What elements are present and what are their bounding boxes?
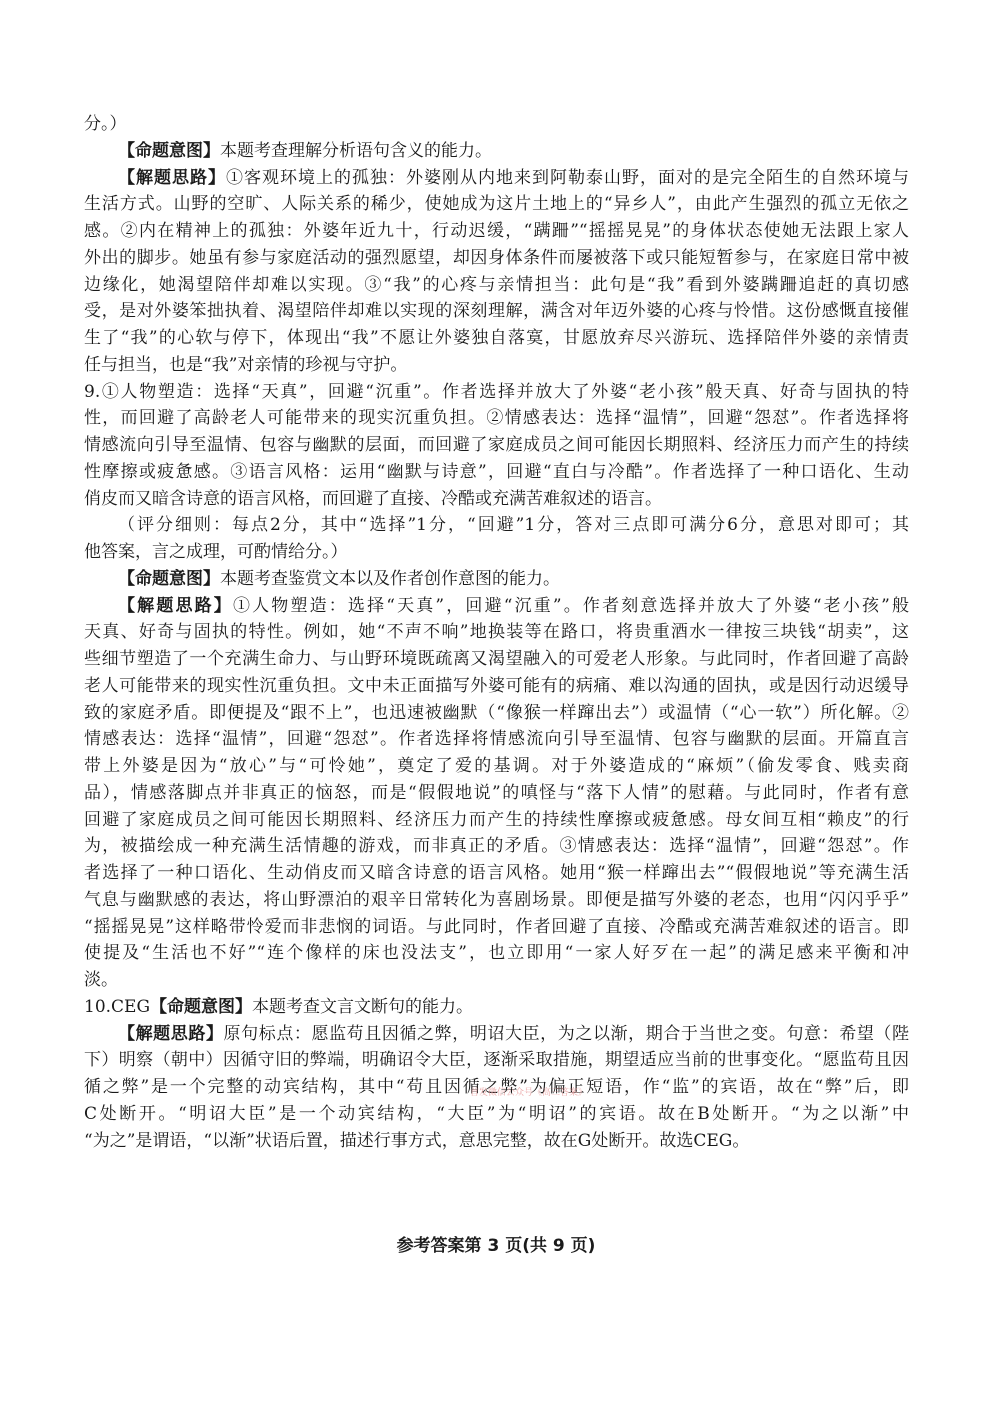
line-text: “为之”是谓语，“以渐”状语后置，描述行事方式，意思完整，故在G处断开。故选CE…: [84, 1131, 749, 1151]
line-text: “摇摇晃晃”这样略带怜爱而非悲悯的词语。与此同时，作者回避了直接、冷酷或充满苦难…: [84, 917, 909, 937]
text-line: 些细节塑造了一个充满生命力、与山野环境既疏离又渴望融入的可爱老人形象。与此同时，…: [84, 646, 909, 673]
text-line: 气息与幽默感的表达，将山野漂泊的艰辛日常转化为喜剧场景。即便是描写外婆的老态，也…: [84, 887, 909, 914]
text-line: 分。）: [84, 111, 909, 138]
section-label: 【解题思路】: [118, 1024, 224, 1044]
line-text: 边缘化，她渴望陪伴却难以实现。③“我”的心疼与亲情担当：此句是“我”看到外婆蹒跚…: [84, 275, 909, 295]
text-line: 为，被描绘成一种充满生活情趣的游戏，而非真正的矛盾。③情感表达：选择“温情”，回…: [84, 833, 909, 860]
text-line: 任与担当，也是“我”对亲情的珍视与守护。: [84, 352, 909, 379]
text-line: 天真、好奇与固执的特性。例如，她“不声不响”地换装等在路口，将贵重酒水一律按三块…: [84, 619, 909, 646]
text-line: 他答案，言之成理，可酌情给分。）: [84, 539, 909, 566]
line-text: 性摩擦或疲惫感。③语言风格：运用“幽默与诗意”，回避“直白与冷酷”。作者选择了一…: [84, 462, 909, 482]
line-text: 9.①人物塑造：选择“天真”，回避“沉重”。作者选择并放大了外婆“老小孩”般天真…: [84, 382, 909, 402]
line-text: 本题考查理解分析语句含义的能力。: [220, 141, 492, 161]
text-line: 【解题思路】①客观环境上的孤独：外婆刚从内地来到阿勒泰山野，面对的是完全陌生的自…: [84, 165, 909, 192]
line-text: 生活方式。山野的空旷、人际关系的稀少，使她成为这片土地上的“异乡人”，由此产生强…: [84, 194, 909, 214]
text-line: 老人可能带来的现实性沉重负担。文中未正面描写外婆可能有的病痛、难以沟通的固执，或…: [84, 673, 909, 700]
section-label: 【命题意图】: [118, 569, 220, 589]
text-line: 9.①人物塑造：选择“天真”，回避“沉重”。作者选择并放大了外婆“老小孩”般天真…: [84, 379, 909, 406]
text-line: “摇摇晃晃”这样略带怜爱而非悲悯的词语。与此同时，作者回避了直接、冷酷或充满苦难…: [84, 914, 909, 941]
text-line: 品），情感落脚点并非真正的恼怒，而是“假假地说”的嗔怪与“落下人情”的慰藉。与此…: [84, 780, 909, 807]
text-line: 致的家庭矛盾。即便提及“跟不上”，也迅速被幽默（“像猴一样蹿出去”）或温情（“心…: [84, 700, 909, 727]
text-line: 情感表达：选择“温情”，回避“怨怼”。作者选择将情感流向引导至温情、包容与幽默的…: [84, 726, 909, 753]
line-text: 原句标点：愿监苟且因循之弊，明诏大臣，为之以渐，期合于当世之变。句意：希望（陛: [224, 1024, 909, 1044]
line-text: 任与担当，也是“我”对亲情的珍视与守护。: [84, 355, 407, 375]
document-body: 分。）【命题意图】本题考查理解分析语句含义的能力。【解题思路】①客观环境上的孤独…: [84, 111, 909, 1154]
line-text: 气息与幽默感的表达，将山野漂泊的艰辛日常转化为喜剧场景。即便是描写外婆的老态，也…: [84, 890, 909, 910]
section-label: 【解题思路】: [118, 168, 226, 188]
line-text: 品），情感落脚点并非真正的恼怒，而是“假假地说”的嗔怪与“落下人情”的慰藉。与此…: [84, 783, 909, 803]
line-text: （评分细则：每点2分，其中“选择”1分，“回避”1分，答对三点即可满分6分，意思…: [118, 515, 909, 535]
text-line: 回避了家庭成员之间可能因长期照料、经济压力而产生的持续性摩擦或疲惫感。母女间互相…: [84, 807, 909, 834]
line-text: 带上外婆是因为“放心”与“可怜她”，奠定了爱的基调。对于外婆造成的“麻烦”（偷发…: [84, 756, 909, 776]
line-text: 回避了家庭成员之间可能因长期照料、经济压力而产生的持续性摩擦或疲惫感。母女间互相…: [84, 810, 909, 830]
line-text: ①人物塑造：选择“天真”，回避“沉重”。作者刻意选择并放大了外婆“老小孩”般: [233, 596, 909, 616]
text-line: 感。②内在精神上的孤独：外婆年近九十，行动迟缓，“蹒跚”“摇摇晃晃”的身体状态使…: [84, 218, 909, 245]
text-line: 受，是对外婆笨拙执着、渴望陪伴却难以实现的深刻理解，满含对年迈外婆的心疼与怜惜。…: [84, 298, 909, 325]
line-text: 些细节塑造了一个充满生命力、与山野环境既疏离又渴望融入的可爱老人形象。与此同时，…: [84, 649, 909, 669]
line-text: 俏皮而又暗含诗意的语言风格，而回避了直接、冷酷或充满苦难叙述的语言。: [84, 489, 662, 509]
line-text: 致的家庭矛盾。即便提及“跟不上”，也迅速被幽默（“像猴一样蹿出去”）或温情（“心…: [84, 703, 909, 723]
text-line: 带上外婆是因为“放心”与“可怜她”，奠定了爱的基调。对于外婆造成的“麻烦”（偷发…: [84, 753, 909, 780]
watermark: 首发微信公众号《高三答案》: [470, 1085, 587, 1098]
section-label: 【命题意图】: [150, 997, 252, 1017]
text-line: 下）明察（朝中）因循守旧的弊端，明确诏令大臣，逐渐采取措施，期望适应当前的世事变…: [84, 1047, 909, 1074]
line-text: 分。）: [84, 114, 127, 134]
line-text: 天真、好奇与固执的特性。例如，她“不声不响”地换装等在路口，将贵重酒水一律按三块…: [84, 622, 909, 642]
line-text: 生了“我”的心软与停下，体现出“我”不愿让外婆独自落寞，甘愿放弃尽兴游玩、选择陪…: [84, 328, 909, 348]
page-footer: 参考答案第 3 页(共 9 页): [0, 1231, 992, 1256]
text-line: 俏皮而又暗含诗意的语言风格，而回避了直接、冷酷或充满苦难叙述的语言。: [84, 486, 909, 513]
text-line: 【命题意图】本题考查理解分析语句含义的能力。: [84, 138, 909, 165]
text-line: 性摩擦或疲惫感。③语言风格：运用“幽默与诗意”，回避“直白与冷酷”。作者选择了一…: [84, 459, 909, 486]
text-line: 【解题思路】①人物塑造：选择“天真”，回避“沉重”。作者刻意选择并放大了外婆“老…: [84, 593, 909, 620]
line-text: 情感流向引导至温情、包容与幽默的层面，而回避了家庭成员之间可能因长期照料、经济压…: [84, 435, 909, 455]
text-line: 生了“我”的心软与停下，体现出“我”不愿让外婆独自落寞，甘愿放弃尽兴游玩、选择陪…: [84, 325, 909, 352]
line-text: 下）明察（朝中）因循守旧的弊端，明确诏令大臣，逐渐采取措施，期望适应当前的世事变…: [84, 1050, 909, 1070]
text-line: 者选择了一种口语化、生动俏皮而又暗含诗意的语言风格。她用“猴一样蹿出去”“假假地…: [84, 860, 909, 887]
text-line: 使提及“生活也不好”“连个像样的床也没法支”，也立即用“一家人好歹在一起”的满足…: [84, 940, 909, 967]
text-line: 淡。: [84, 967, 909, 994]
line-text: 他答案，言之成理，可酌情给分。）: [84, 542, 348, 562]
question-number: 10.CEG: [84, 997, 150, 1017]
text-line: 生活方式。山野的空旷、人际关系的稀少，使她成为这片土地上的“异乡人”，由此产生强…: [84, 191, 909, 218]
line-text: ①客观环境上的孤独：外婆刚从内地来到阿勒泰山野，面对的是完全陌生的自然环境与: [226, 168, 909, 188]
text-line: 性，而回避了高龄老人可能带来的现实沉重负担。②情感表达：选择“温情”，回避“怨怼…: [84, 405, 909, 432]
line-text: C处断开。“明诏大臣”是一个动宾结构，“大臣”为“明诏”的宾语。故在B处断开。“…: [84, 1104, 909, 1124]
line-text: 者选择了一种口语化、生动俏皮而又暗含诗意的语言风格。她用“猴一样蹿出去”“假假地…: [84, 863, 909, 883]
line-text: 本题考查文言文断句的能力。: [252, 997, 473, 1017]
text-line: 外出的脚步。她虽有参与家庭活动的强烈愿望，却因身体条件而屡被落下或只能短暂参与，…: [84, 245, 909, 272]
line-text: 性，而回避了高龄老人可能带来的现实沉重负担。②情感表达：选择“温情”，回避“怨怼…: [84, 408, 909, 428]
line-text: 本题考查鉴赏文本以及作者创作意图的能力。: [220, 569, 560, 589]
text-line: （评分细则：每点2分，其中“选择”1分，“回避”1分，答对三点即可满分6分，意思…: [84, 512, 909, 539]
text-line: 10.CEG【命题意图】本题考查文言文断句的能力。: [84, 994, 909, 1021]
text-line: C处断开。“明诏大臣”是一个动宾结构，“大臣”为“明诏”的宾语。故在B处断开。“…: [84, 1101, 909, 1128]
line-text: 使提及“生活也不好”“连个像样的床也没法支”，也立即用“一家人好歹在一起”的满足…: [84, 943, 909, 963]
line-text: 老人可能带来的现实性沉重负担。文中未正面描写外婆可能有的病痛、难以沟通的固执，或…: [84, 676, 909, 696]
line-text: 淡。: [84, 970, 118, 990]
text-line: 边缘化，她渴望陪伴却难以实现。③“我”的心疼与亲情担当：此句是“我”看到外婆蹒跚…: [84, 272, 909, 299]
line-text: 外出的脚步。她虽有参与家庭活动的强烈愿望，却因身体条件而屡被落下或只能短暂参与，…: [84, 248, 909, 268]
section-label: 【解题思路】: [118, 596, 233, 616]
text-line: 【命题意图】本题考查鉴赏文本以及作者创作意图的能力。: [84, 566, 909, 593]
line-text: 为，被描绘成一种充满生活情趣的游戏，而非真正的矛盾。③情感表达：选择“温情”，回…: [84, 836, 909, 856]
text-line: “为之”是谓语，“以渐”状语后置，描述行事方式，意思完整，故在G处断开。故选CE…: [84, 1128, 909, 1155]
section-label: 【命题意图】: [118, 141, 220, 161]
line-text: 情感表达：选择“温情”，回避“怨怼”。作者选择将情感流向引导至温情、包容与幽默的…: [84, 729, 909, 749]
text-line: 情感流向引导至温情、包容与幽默的层面，而回避了家庭成员之间可能因长期照料、经济压…: [84, 432, 909, 459]
line-text: 感。②内在精神上的孤独：外婆年近九十，行动迟缓，“蹒跚”“摇摇晃晃”的身体状态使…: [84, 221, 909, 241]
line-text: 受，是对外婆笨拙执着、渴望陪伴却难以实现的深刻理解，满含对年迈外婆的心疼与怜惜。…: [84, 301, 909, 321]
text-line: 【解题思路】原句标点：愿监苟且因循之弊，明诏大臣，为之以渐，期合于当世之变。句意…: [84, 1021, 909, 1048]
